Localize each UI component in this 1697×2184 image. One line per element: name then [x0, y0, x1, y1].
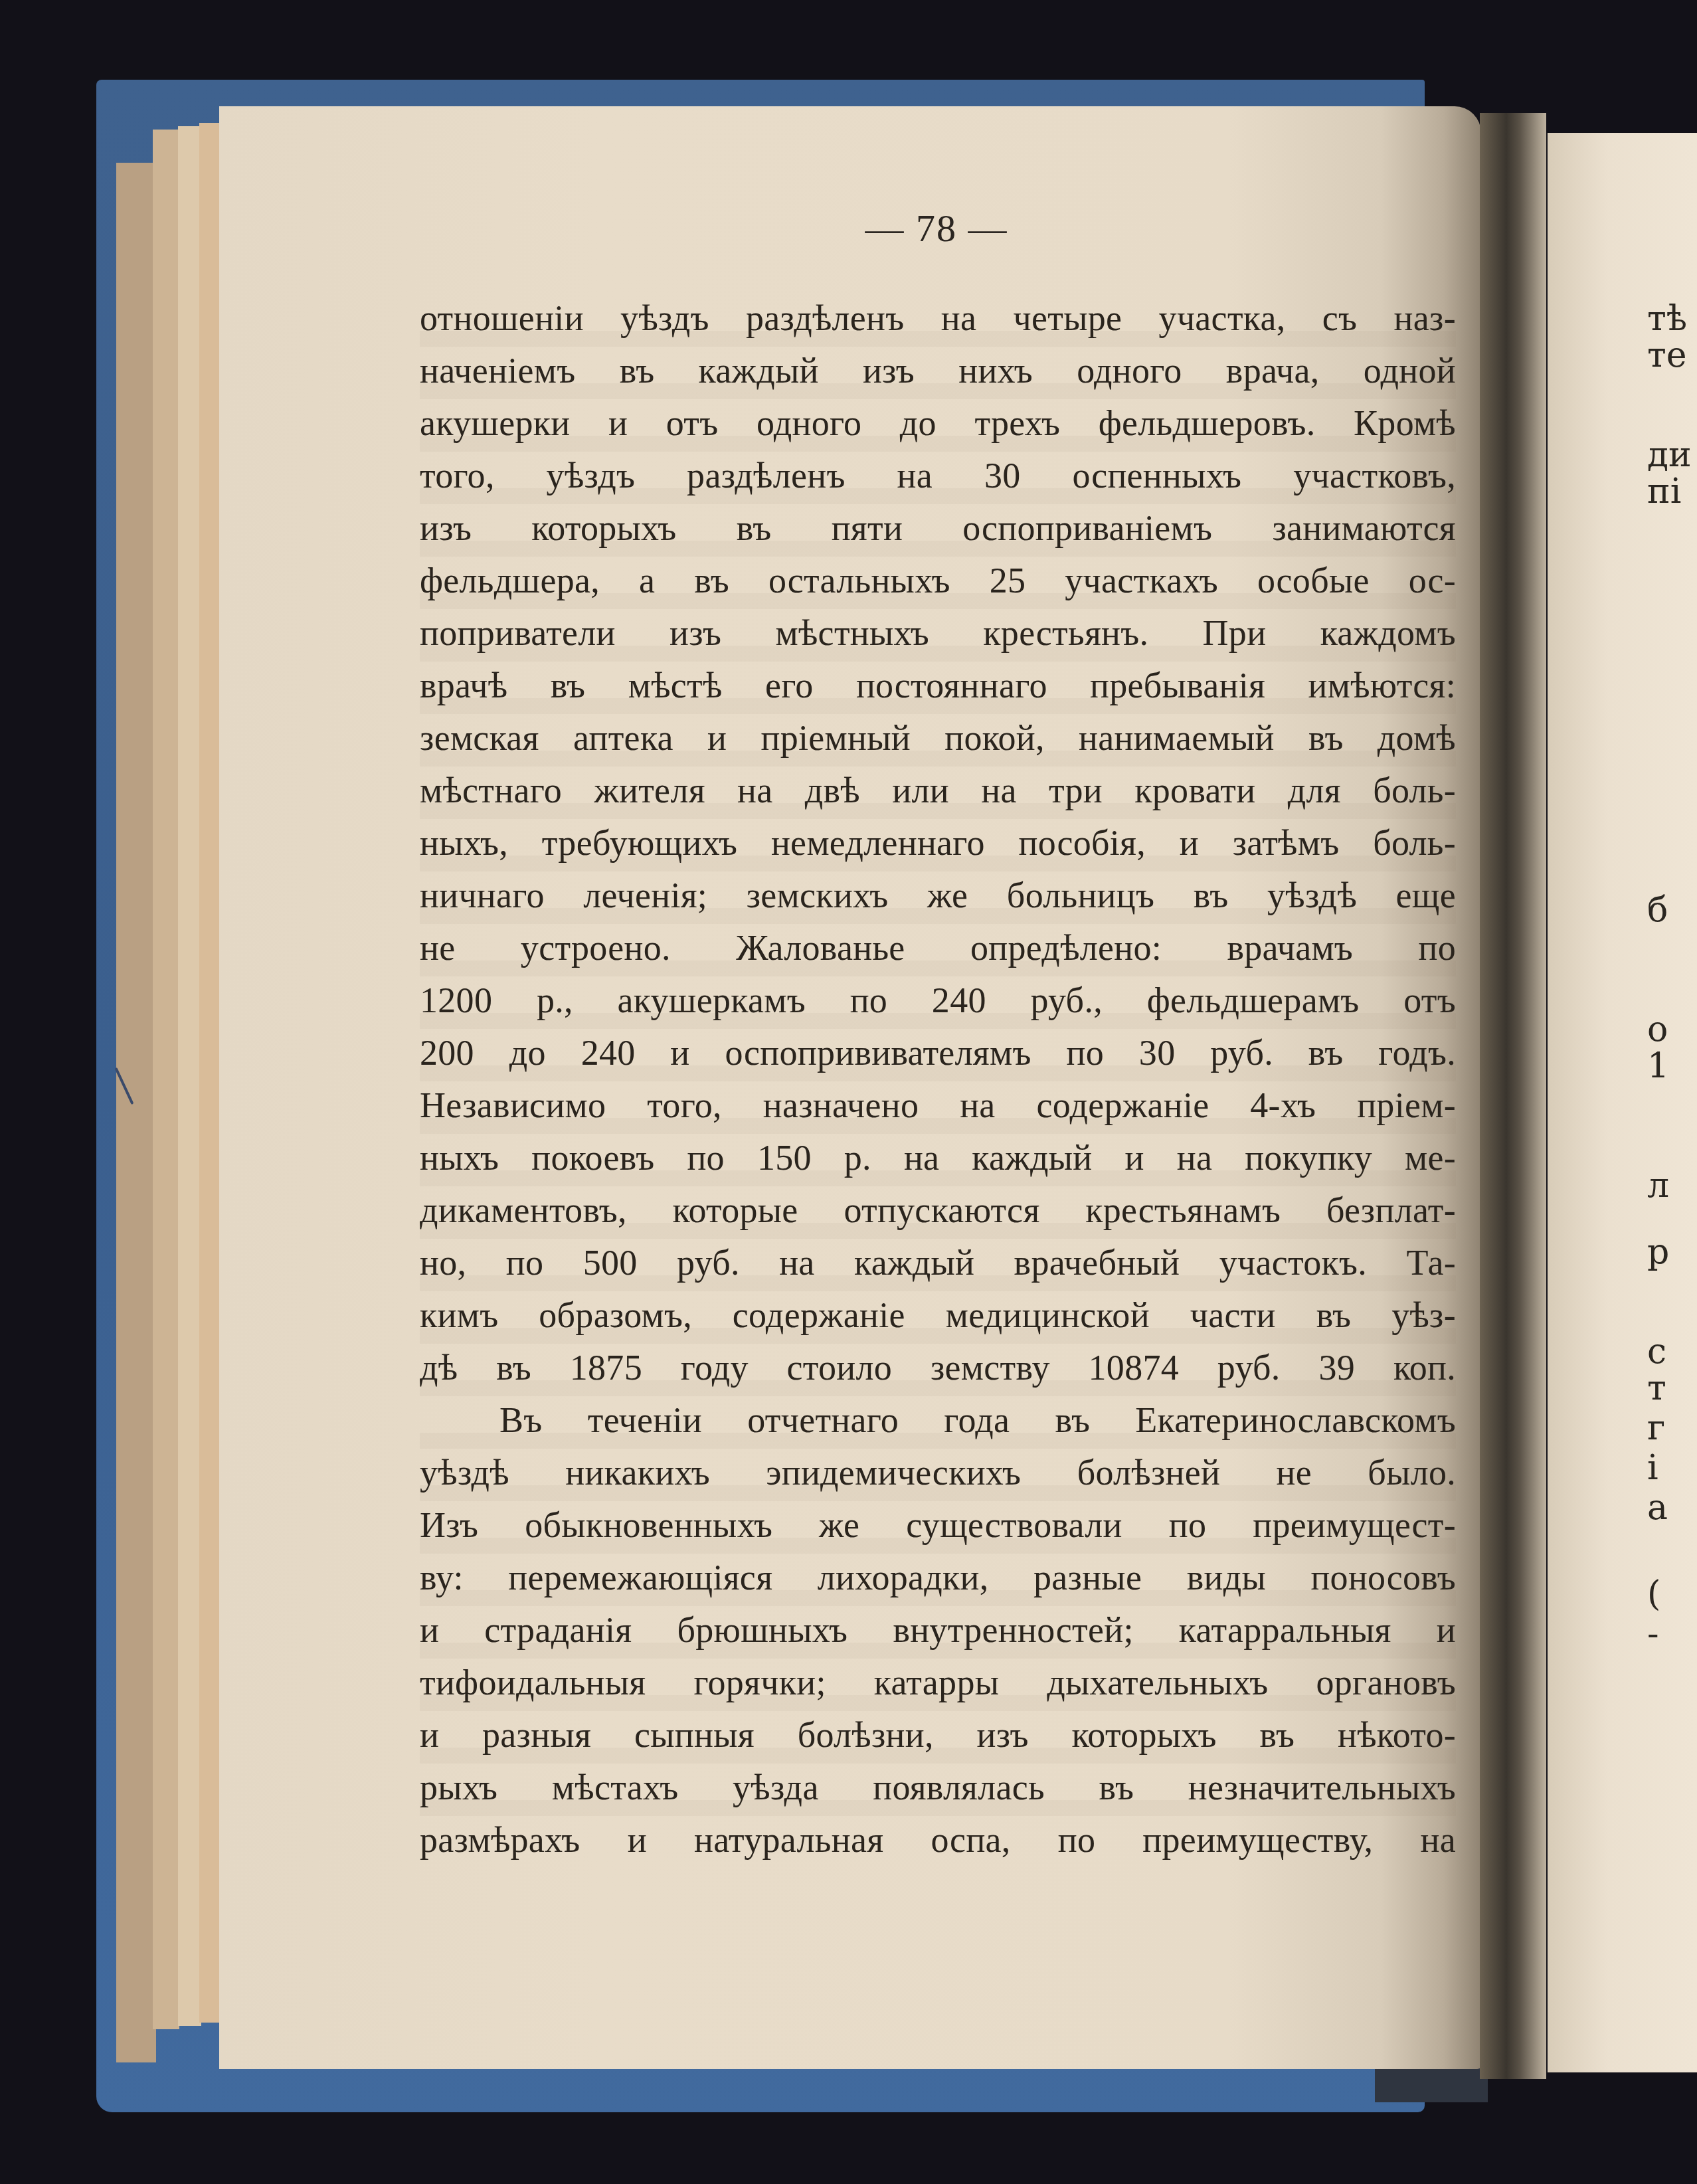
text-line: того, уѣздъ раздѣленъ на 30 оспенныхъ уч…	[420, 450, 1456, 502]
text-line: кимъ образомъ, содержанiе медицинской ча…	[420, 1289, 1456, 1342]
facing-page-text-fragment: т	[1647, 1368, 1666, 1408]
book-gutter	[1480, 113, 1546, 2079]
facing-page-text-fragment: пі	[1647, 472, 1681, 511]
text-line: ныхъ покоевъ по 150 р. на каждый и на по…	[420, 1132, 1456, 1184]
text-line: дикаментовъ, которые отпускаются крестья…	[420, 1184, 1456, 1237]
text-line: изъ которыхъ въ пяти оспоприванiемъ зани…	[420, 502, 1456, 555]
text-line: ничнаго леченiя; земскихъ же больницъ въ…	[420, 869, 1456, 922]
facing-page-text-fragment: с	[1647, 1332, 1666, 1372]
text-line: тифоидальныя горячки; катарры дыхательны…	[420, 1657, 1456, 1709]
facing-page-text-fragment: а	[1647, 1488, 1668, 1528]
facing-page-text-fragment: і	[1647, 1448, 1658, 1488]
page-stack-edge	[116, 163, 156, 2062]
facing-page-text-fragment: (	[1647, 1574, 1660, 1614]
text-line: врачѣ въ мѣстѣ его постояннаго пребыванi…	[420, 660, 1456, 712]
text-line: наченiемъ въ каждый изъ нихъ одного врач…	[420, 345, 1456, 397]
facing-page-text-fragment: г	[1647, 1408, 1665, 1448]
facing-page-text-fragment: л	[1647, 1166, 1669, 1206]
text-line: размѣрахъ и натуральная оспа, по преимущ…	[420, 1814, 1456, 1866]
text-line: мѣстнаго жителя на двѣ или на три кроват…	[420, 765, 1456, 817]
facing-page-text-fragment: те	[1647, 335, 1687, 375]
facing-page-text-fragment: р	[1647, 1232, 1669, 1272]
facing-page-text-fragment: 1	[1647, 1046, 1669, 1086]
text-line: акушерки и отъ одного до трехъ фельдшеро…	[420, 397, 1456, 450]
facing-page-text-fragment: -	[1647, 1614, 1659, 1654]
text-line: фельдшера, а въ остальныхъ 25 участкахъ …	[420, 555, 1456, 607]
paragraph-start-line: Въ теченiи отчетнаго года въ Екатериносл…	[420, 1394, 1456, 1447]
text-line: земская аптека и прiемный покой, нанимае…	[420, 712, 1456, 765]
text-line: 1200 р., акушеркамъ по 240 руб., фельдше…	[420, 974, 1456, 1027]
text-line: уѣздѣ никакихъ эпидемическихъ болѣзней н…	[420, 1447, 1456, 1499]
text-line: и разныя сыпныя болѣзни, изъ которыхъ въ…	[420, 1709, 1456, 1762]
text-line: дѣ въ 1875 году стоило земству 10874 руб…	[420, 1342, 1456, 1394]
text-line: поприватели изъ мѣстныхъ крестьянъ. При …	[420, 607, 1456, 660]
text-line: но, по 500 руб. на каждый врачебный учас…	[420, 1237, 1456, 1289]
text-line: Независимо того, назначено на содержанiе…	[420, 1079, 1456, 1132]
page-stack-edge	[153, 130, 179, 2029]
page-stack-edge	[199, 123, 219, 2023]
text-line: рыхъ мѣстахъ уѣзда появлялась въ незначи…	[420, 1762, 1456, 1814]
facing-page-text-fragment: б	[1647, 890, 1668, 930]
facing-page: тѣтедипібо1лрстгіа(-	[1548, 133, 1697, 2072]
text-line: отношенiи уѣздъ раздѣленъ на четыре учас…	[420, 292, 1456, 345]
text-line: ныхъ, требующихъ немедленнаго пособiя, и…	[420, 817, 1456, 869]
text-line: не устроено. Жалованье опредѣлено: врача…	[420, 922, 1456, 974]
facing-page-text-fragment: тѣ	[1647, 299, 1687, 339]
text-line: ву: перемежающiяся лихорадки, разные вид…	[420, 1552, 1456, 1604]
page-number: — 78 —	[857, 206, 1016, 250]
body-text: отношенiи уѣздъ раздѣленъ на четыре учас…	[420, 292, 1456, 1866]
text-line: 200 до 240 и оспопрививателямъ по 30 руб…	[420, 1027, 1456, 1079]
text-line: Изъ обыкновенныхъ же существовали по пре…	[420, 1499, 1456, 1552]
facing-page-text-fragment: о	[1647, 1010, 1668, 1049]
page-stack-edge	[178, 126, 201, 2026]
facing-page-text-fragment: ди	[1647, 435, 1692, 475]
text-line: и страданiя брюшныхъ внутренностей; ката…	[420, 1604, 1456, 1657]
